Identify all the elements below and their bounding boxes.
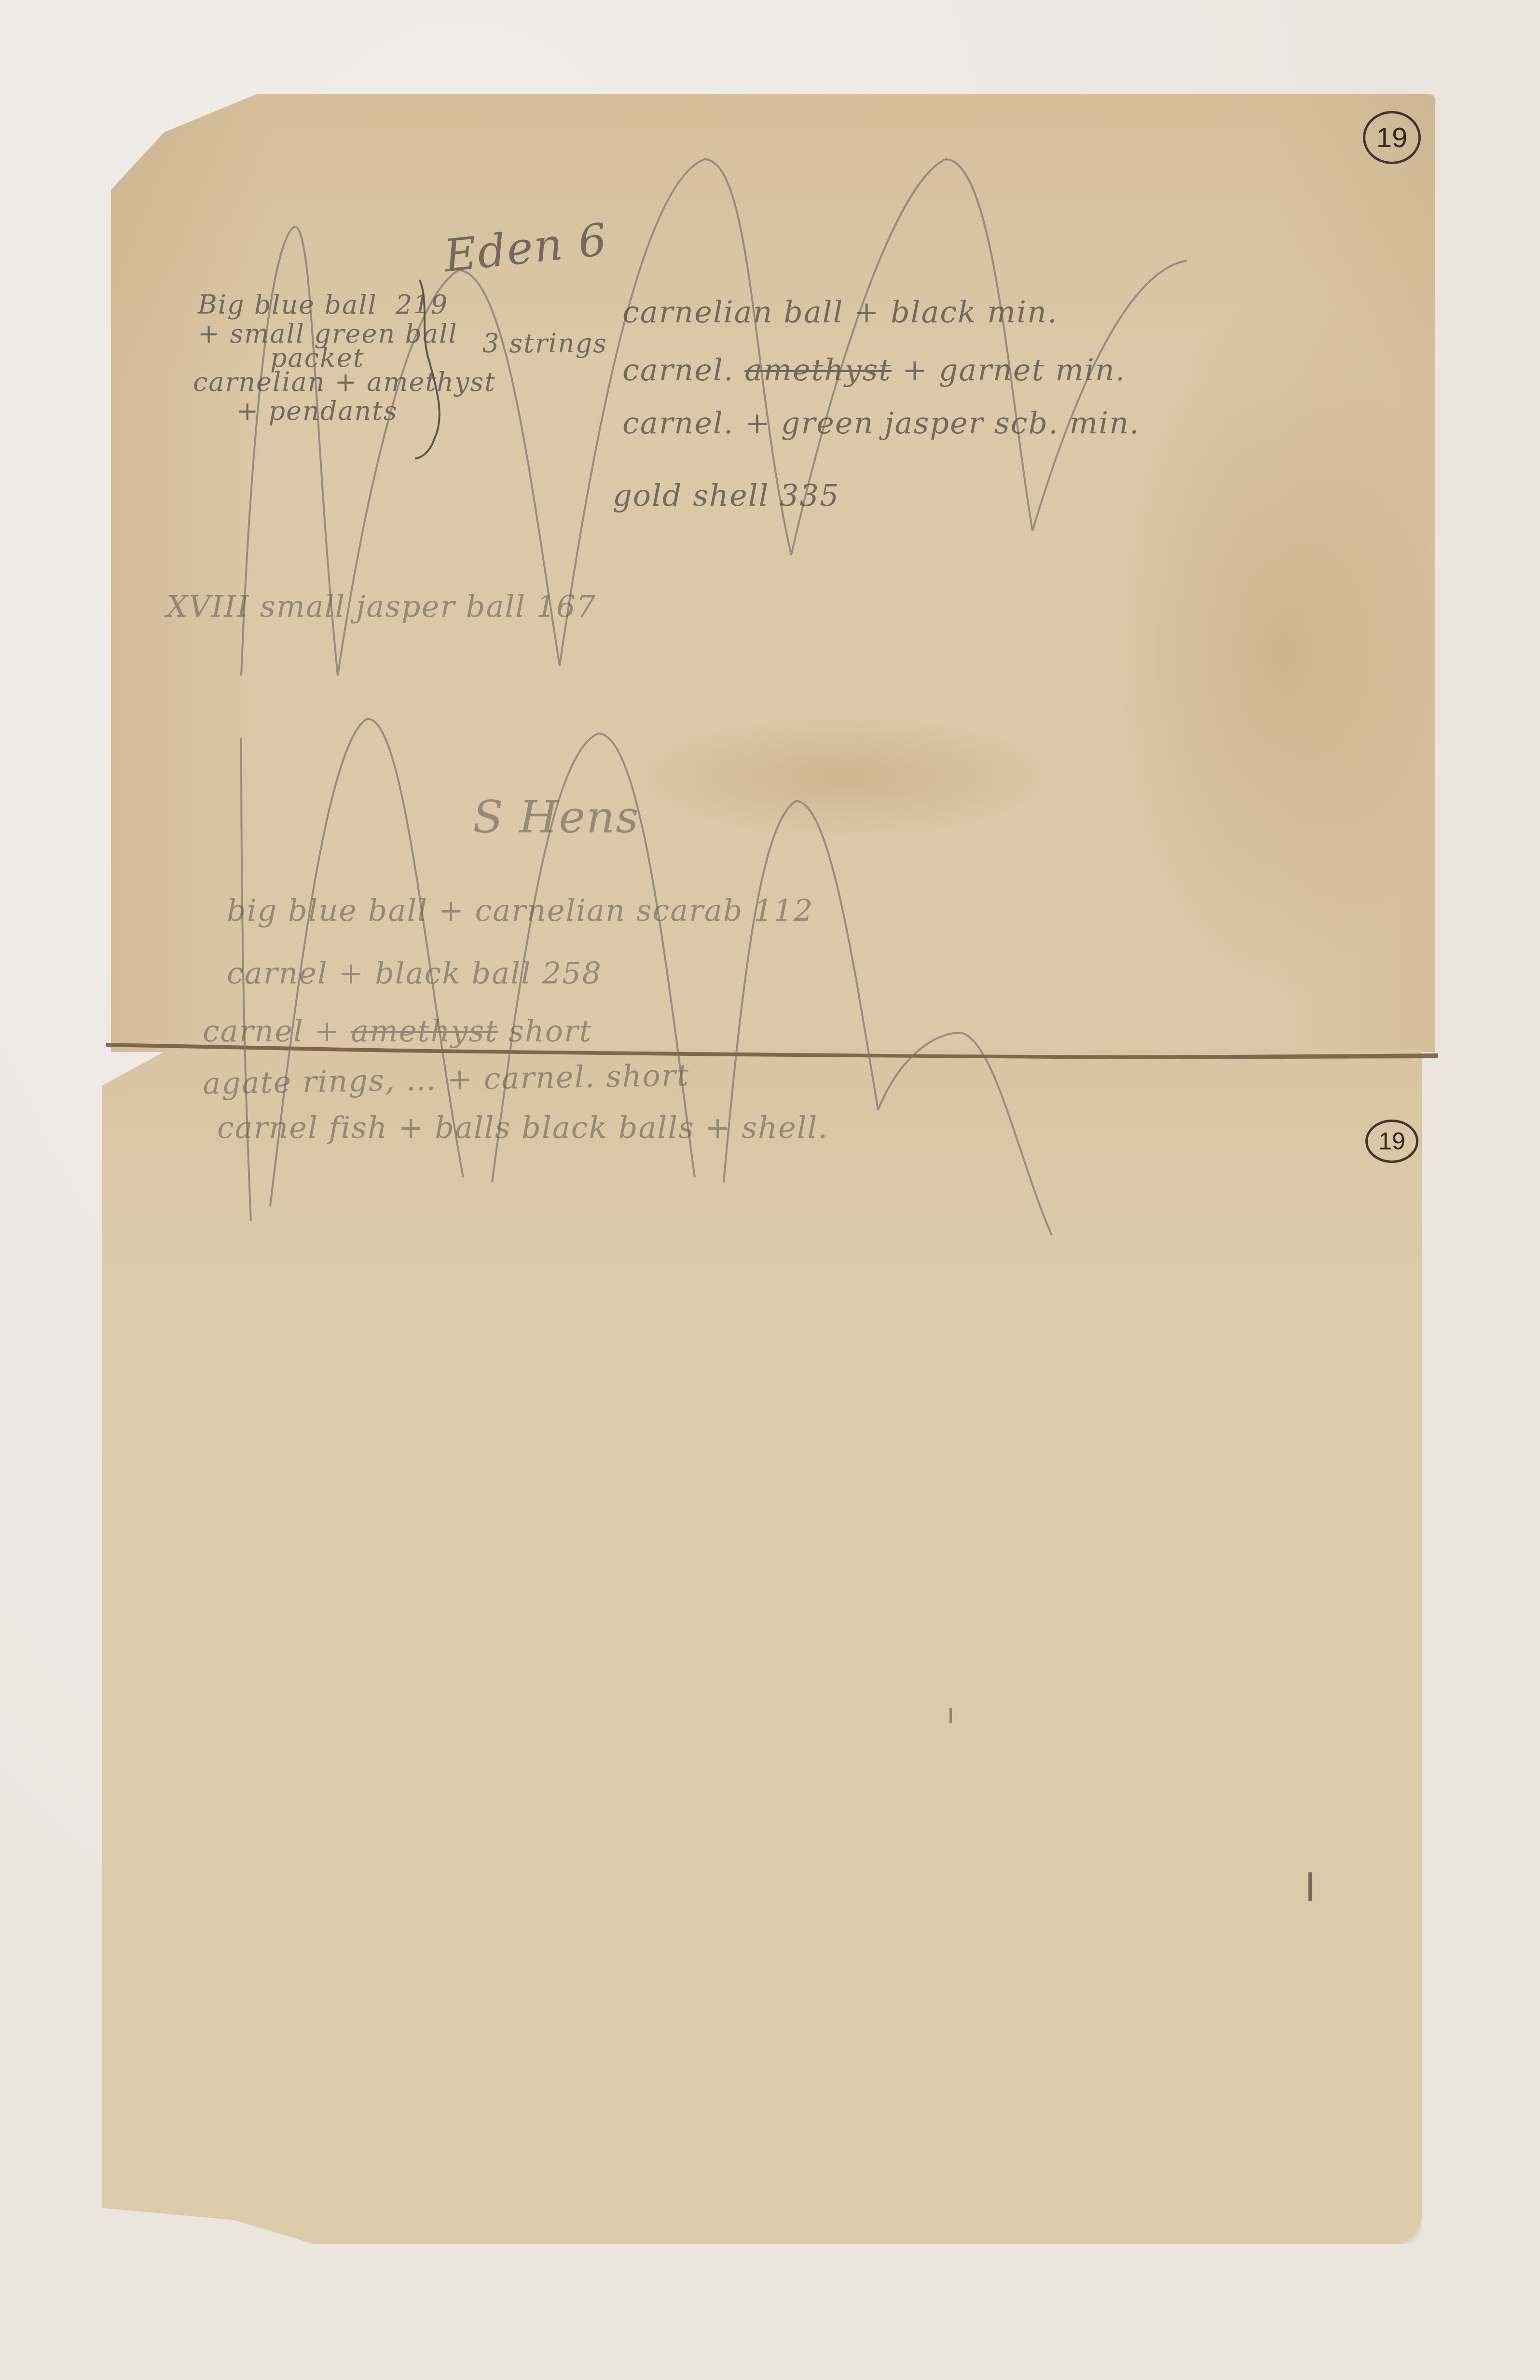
section2-line: carnel + amethyst short [203, 1013, 592, 1049]
section2-text: carnel + [203, 1013, 351, 1049]
section2-heading: S Hens [473, 791, 639, 843]
section2-line: carnel fish + balls black balls + shell. [217, 1110, 828, 1145]
right-block-line: gold shell 335 [613, 478, 839, 513]
left-block-line: + pendants [236, 396, 398, 426]
pencil-mark [1308, 1872, 1312, 1901]
folio-number-top-text: 19 [1376, 122, 1408, 154]
paper-lower-fragment [102, 1050, 1422, 2244]
folio-number-top: 19 [1363, 111, 1421, 164]
section2-line: big blue ball + carnelian scarab 112 [227, 893, 814, 928]
xviii-line: XVIII small jasper ball 167 [166, 589, 596, 624]
folio-number-bottom: 19 [1365, 1120, 1418, 1163]
right-block-line: carnel. amethyst + garnet min. [622, 352, 1126, 387]
paper-stain [627, 714, 1061, 840]
struck-word: amethyst [351, 1013, 498, 1049]
right-block-text: carnel. [622, 352, 744, 387]
right-block-line: carnel. + green jasper scb. min. [622, 405, 1140, 441]
struck-word: amethyst [744, 352, 892, 387]
left-block-line: Big blue ball [198, 290, 377, 320]
paper-stain [1110, 290, 1447, 1013]
pencil-mark [949, 1708, 952, 1723]
bracket-mark [415, 275, 454, 468]
bracket-value-2: 3 strings [482, 328, 607, 359]
right-block-text: + garnet min. [892, 352, 1126, 387]
right-block-line: carnelian ball + black min. [622, 294, 1058, 330]
section2-line: carnel + black ball 258 [227, 955, 602, 991]
manuscript-leaf: 19 19 Eden 6 Big blue ball 219 + small g… [0, 0, 1540, 2380]
section2-text: short [498, 1013, 592, 1049]
folio-number-bottom-text: 19 [1378, 1127, 1405, 1155]
